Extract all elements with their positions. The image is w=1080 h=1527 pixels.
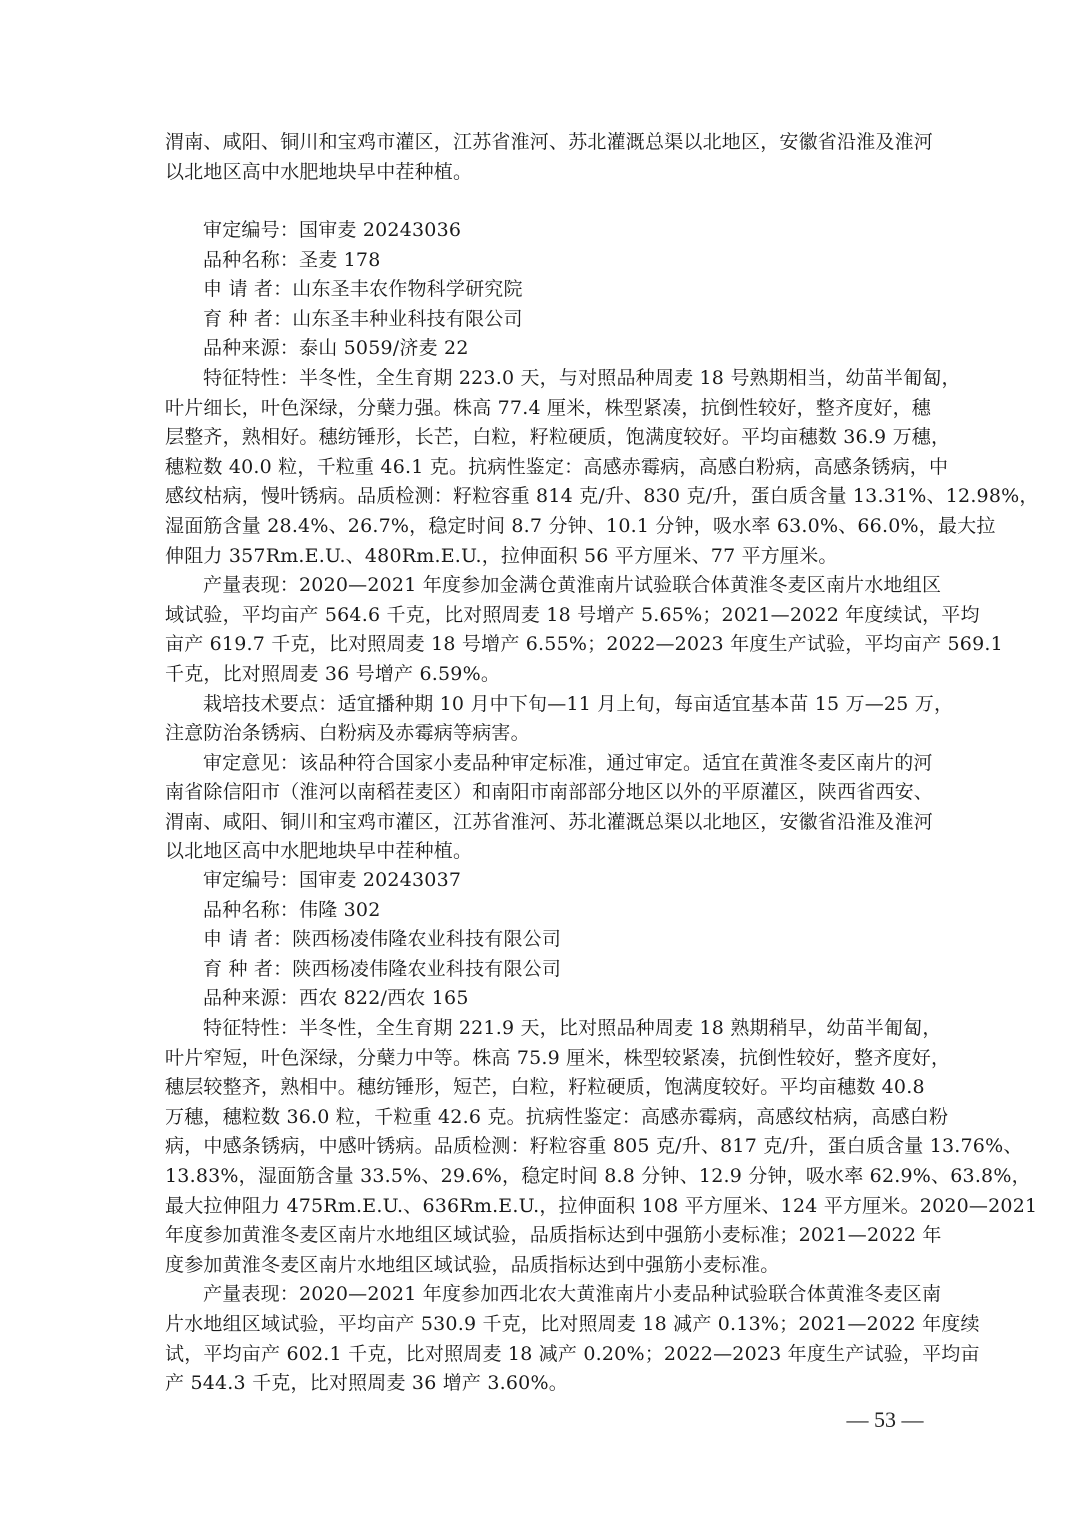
text-line: 度参加黄淮冬麦区南片水地组区域试验，品质指标达到中强筋小麦标准。 [165, 1251, 925, 1281]
text-line: 渭南、咸阳、铜川和宝鸡市灌区，江苏省淮河、苏北灌溉总渠以北地区，安徽省沿淮及淮河 [165, 128, 925, 158]
text-line: 渭南、咸阳、铜川和宝鸡市灌区，江苏省淮河、苏北灌溉总渠以北地区，安徽省沿淮及淮河 [165, 808, 925, 838]
text-line: 以北地区高中水肥地块早中茬种植。 [165, 837, 925, 867]
applicant: 申 请 者：山东圣丰农作物科学研究院 [165, 275, 925, 305]
approval-opinion-paragraph: 审定意见：该品种符合国家小麦品种审定标准，通过审定。适宜在黄淮冬麦区南片的河 南… [165, 749, 925, 867]
text-line: 产 544.3 千克，比对照周麦 36 增产 3.60%。 [165, 1369, 925, 1399]
breeder: 育 种 者：陕西杨凌伟隆农业科技有限公司 [165, 955, 925, 985]
text-line: 层整齐，熟相好。穗纺锤形，长芒，白粒，籽粒硬质，饱满度较好。平均亩穗数 36.9… [165, 423, 925, 453]
previous-entry-continuation: 渭南、咸阳、铜川和宝鸡市灌区，江苏省淮河、苏北灌溉总渠以北地区，安徽省沿淮及淮河… [165, 128, 925, 187]
variety-name: 品种名称：圣麦 178 [165, 246, 925, 276]
yield-paragraph: 产量表现：2020—2021 年度参加金满仓黄淮南片试验联合体黄淮冬麦区南片水地… [165, 571, 925, 689]
cultivation-paragraph: 栽培技术要点：适宜播种期 10 月中下旬—11 月上旬，每亩适宜基本苗 15 万… [165, 690, 925, 749]
variety-entry-1: 审定编号：国审麦 20243036 品种名称：圣麦 178 申 请 者：山东圣丰… [165, 216, 925, 867]
text-line: 片水地组区域试验，平均亩产 530.9 千克，比对照周麦 18 减产 0.13%… [165, 1310, 925, 1340]
variety-entry-2: 审定编号：国审麦 20243037 品种名称：伟隆 302 申 请 者：陕西杨凌… [165, 866, 925, 1399]
text-line: 注意防治条锈病、白粉病及赤霉病等病害。 [165, 719, 925, 749]
text-line: 叶片细长，叶色深绿，分蘖力强。株高 77.4 厘米，株型紧凑，抗倒性较好，整齐度… [165, 394, 925, 424]
yield-paragraph: 产量表现：2020—2021 年度参加西北农大黄淮南片小麦品种试验联合体黄淮冬麦… [165, 1280, 925, 1398]
text-line: 病，中感条锈病，中感叶锈病。品质检测：籽粒容重 805 克/升、817 克/升，… [165, 1132, 925, 1162]
characteristics-paragraph: 特征特性：半冬性，全生育期 221.9 天，比对照品种周麦 18 熟期稍早，幼苗… [165, 1014, 925, 1280]
text-line: 叶片窄短，叶色深绿，分蘖力中等。株高 75.9 厘米，株型较紧凑，抗倒性较好，整… [165, 1044, 925, 1074]
text-line: 穗粒数 40.0 粒，千粒重 46.1 克。抗病性鉴定：高感赤霉病，高感白粉病，… [165, 453, 925, 483]
document-page: 渭南、咸阳、铜川和宝鸡市灌区，江苏省淮河、苏北灌溉总渠以北地区，安徽省沿淮及淮河… [0, 0, 1080, 1527]
text-line: 试，平均亩产 602.1 千克，比对照周麦 18 减产 0.20%；2022—2… [165, 1340, 925, 1370]
text-line: 亩产 619.7 千克，比对照周麦 18 号增产 6.55%；2022—2023… [165, 630, 925, 660]
text-line: 穗层较整齐，熟相中。穗纺锤形，短芒，白粒，籽粒硬质，饱满度较好。平均亩穗数 40… [165, 1073, 925, 1103]
text-line: 感纹枯病，慢叶锈病。品质检测：籽粒容重 814 克/升、830 克/升，蛋白质含… [165, 482, 925, 512]
text-line: 域试验，平均亩产 564.6 千克，比对照周麦 18 号增产 5.65%；202… [165, 601, 925, 631]
approval-number: 审定编号：国审麦 20243037 [165, 866, 925, 896]
text-line: 13.83%，湿面筋含量 33.5%、29.6%，稳定时间 8.8 分钟、12.… [165, 1162, 925, 1192]
text-line: 特征特性：半冬性，全生育期 221.9 天，比对照品种周麦 18 熟期稍早，幼苗… [165, 1014, 925, 1044]
text-line: 审定意见：该品种符合国家小麦品种审定标准，通过审定。适宜在黄淮冬麦区南片的河 [165, 749, 925, 779]
breeder: 育 种 者：山东圣丰种业科技有限公司 [165, 305, 925, 335]
approval-number: 审定编号：国审麦 20243036 [165, 216, 925, 246]
text-line: 产量表现：2020—2021 年度参加金满仓黄淮南片试验联合体黄淮冬麦区南片水地… [165, 571, 925, 601]
text-line: 产量表现：2020—2021 年度参加西北农大黄淮南片小麦品种试验联合体黄淮冬麦… [165, 1280, 925, 1310]
page-number: — 53 — [820, 1407, 950, 1433]
text-line: 伸阻力 357Rm.E.U.、480Rm.E.U.，拉伸面积 56 平方厘米、7… [165, 542, 925, 572]
text-line: 以北地区高中水肥地块早中茬种植。 [165, 158, 925, 188]
variety-name: 品种名称：伟隆 302 [165, 896, 925, 926]
text-line: 万穗，穗粒数 36.0 粒，千粒重 42.6 克。抗病性鉴定：高感赤霉病，高感纹… [165, 1103, 925, 1133]
variety-source: 品种来源：泰山 5059/济麦 22 [165, 334, 925, 364]
characteristics-paragraph: 特征特性：半冬性，全生育期 223.0 天，与对照品种周麦 18 号熟期相当，幼… [165, 364, 925, 571]
text-line: 湿面筋含量 28.4%、26.7%，稳定时间 8.7 分钟、10.1 分钟，吸水… [165, 512, 925, 542]
text-line: 年度参加黄淮冬麦区南片水地组区域试验，品质指标达到中强筋小麦标准；2021—20… [165, 1221, 925, 1251]
text-line: 特征特性：半冬性，全生育期 223.0 天，与对照品种周麦 18 号熟期相当，幼… [165, 364, 925, 394]
applicant: 申 请 者：陕西杨凌伟隆农业科技有限公司 [165, 925, 925, 955]
text-line: 栽培技术要点：适宜播种期 10 月中下旬—11 月上旬，每亩适宜基本苗 15 万… [165, 690, 925, 720]
variety-source: 品种来源：西农 822/西农 165 [165, 984, 925, 1014]
text-line: 千克，比对照周麦 36 号增产 6.59%。 [165, 660, 925, 690]
text-line: 最大拉伸阻力 475Rm.E.U.、636Rm.E.U.，拉伸面积 108 平方… [165, 1192, 925, 1222]
text-line: 南省除信阳市（淮河以南稻茬麦区）和南阳市南部部分地区以外的平原灌区，陕西省西安、 [165, 778, 925, 808]
